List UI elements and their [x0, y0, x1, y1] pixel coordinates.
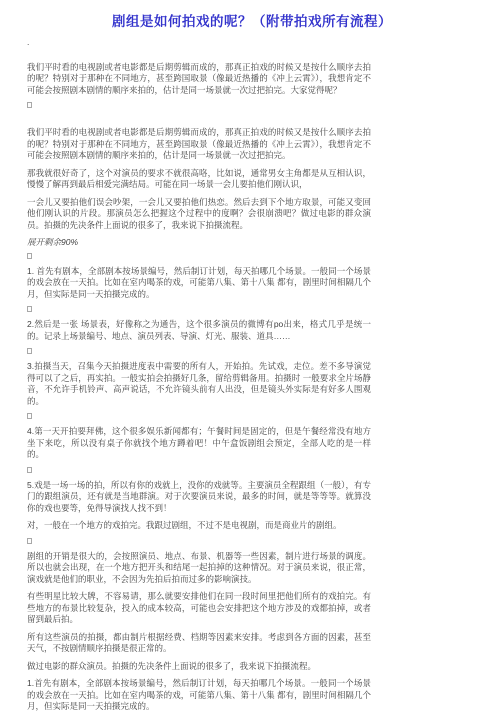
image-placeholder-marker [27, 348, 371, 353]
empty-box-glyph-icon [27, 306, 32, 312]
empty-box-glyph-icon [27, 413, 32, 419]
empty-box-glyph-icon [27, 253, 32, 259]
article-paragraph: 做过电影的群众演员。拍摄的先决条件上面说的很多了，我来说下拍摄流程。 [27, 661, 371, 673]
expand-remaining-notice[interactable]: 展开剩余90% [27, 237, 371, 249]
article-paragraph: 一会儿又要拍他们误会吵架，一会儿又要拍他们热恋。然后去到下个地方取景，可能又变回… [27, 197, 371, 232]
article-paragraph: 对，一般在一个地方的戏拍完。我跟过剧组，不过不是电视剧，而是商业片的剧组。 [27, 520, 371, 532]
article-paragraph: 有些明星比较大牌，不容易请，那么就要安排他们在同一段时间里把他们所有的戏拍完。有… [27, 591, 371, 626]
image-placeholder-marker [27, 306, 371, 311]
stray-dot: . [27, 37, 371, 49]
empty-box-glyph-icon [27, 348, 32, 354]
image-placeholder-marker [27, 102, 371, 107]
article-paragraph: 2.然后是一张 场景表，好像称之为通告，这个很多演员的微博有po出来，格式几乎是… [27, 319, 371, 342]
article-title: 剧组是如何拍戏的呢？（附带拍戏所有流程） [112, 13, 392, 31]
article-page: 剧组是如何拍戏的呢？（附带拍戏所有流程） .我们平时看的电视剧或者电影都是后期剪… [0, 0, 504, 713]
article-paragraph: 4.第一天开拍要拜佛，这个很多娱乐新闻都有；午餐时间是固定的，但是午餐经常没有地… [27, 426, 371, 461]
article-paragraph: 那我就很好奇了，这个对演员的要求不就很高咯，比如说，通常男女主角都是从互相认识，… [27, 168, 371, 191]
empty-box-glyph-icon [27, 538, 32, 544]
image-placeholder-marker [27, 413, 371, 418]
article-paragraph: 我们平时看的电视剧或者电影都是后期剪辑而成的，那真正拍戏的时候又是按什么顺序去拍… [27, 62, 371, 97]
empty-box-glyph-icon [27, 102, 32, 108]
article-paragraph: 1. 首先有剧本，全部剧本按场景编号，然后制订计划，每天拍哪几个场景。一般同一个… [27, 266, 371, 301]
article-paragraph: 5.戏是一场一场的拍，所以有你的戏就上，没你的戏就等。主要演员全程跟组（一般），… [27, 480, 371, 515]
image-placeholder-marker [27, 467, 371, 472]
empty-box-glyph-icon [27, 467, 32, 473]
article-paragraph: 我们平时看的电视剧或者电影都是后期剪辑而成的，那真正拍戏的时候又是按什么顺序去拍… [27, 127, 371, 162]
article-paragraph: 1.首先有剧本，全部剧本按场景编号，然后制订计划，每天拍哪几个场景。一般同一个场… [27, 678, 371, 713]
article-paragraph: 3.拍摄当天，召集今天拍摄进度表中需要的所有人，开始拍。先试戏，走位。差不多导演… [27, 361, 371, 407]
article-paragraph: 剧组的开销是很大的，会按照演员、地点、布景、机器等一些因素，制片进行场景的调度。… [27, 551, 371, 586]
article-paragraph: 所有这些演员的拍摄，都由制片根据经费、档期等因素来安排。考虑到各方面的因素，甚至… [27, 632, 371, 655]
image-placeholder-marker [27, 253, 371, 258]
image-placeholder-marker [27, 538, 371, 543]
article-header: 剧组是如何拍戏的呢？（附带拍戏所有流程） [0, 0, 504, 31]
article-body: .我们平时看的电视剧或者电影都是后期剪辑而成的，那真正拍戏的时候又是按什么顺序去… [0, 31, 504, 713]
